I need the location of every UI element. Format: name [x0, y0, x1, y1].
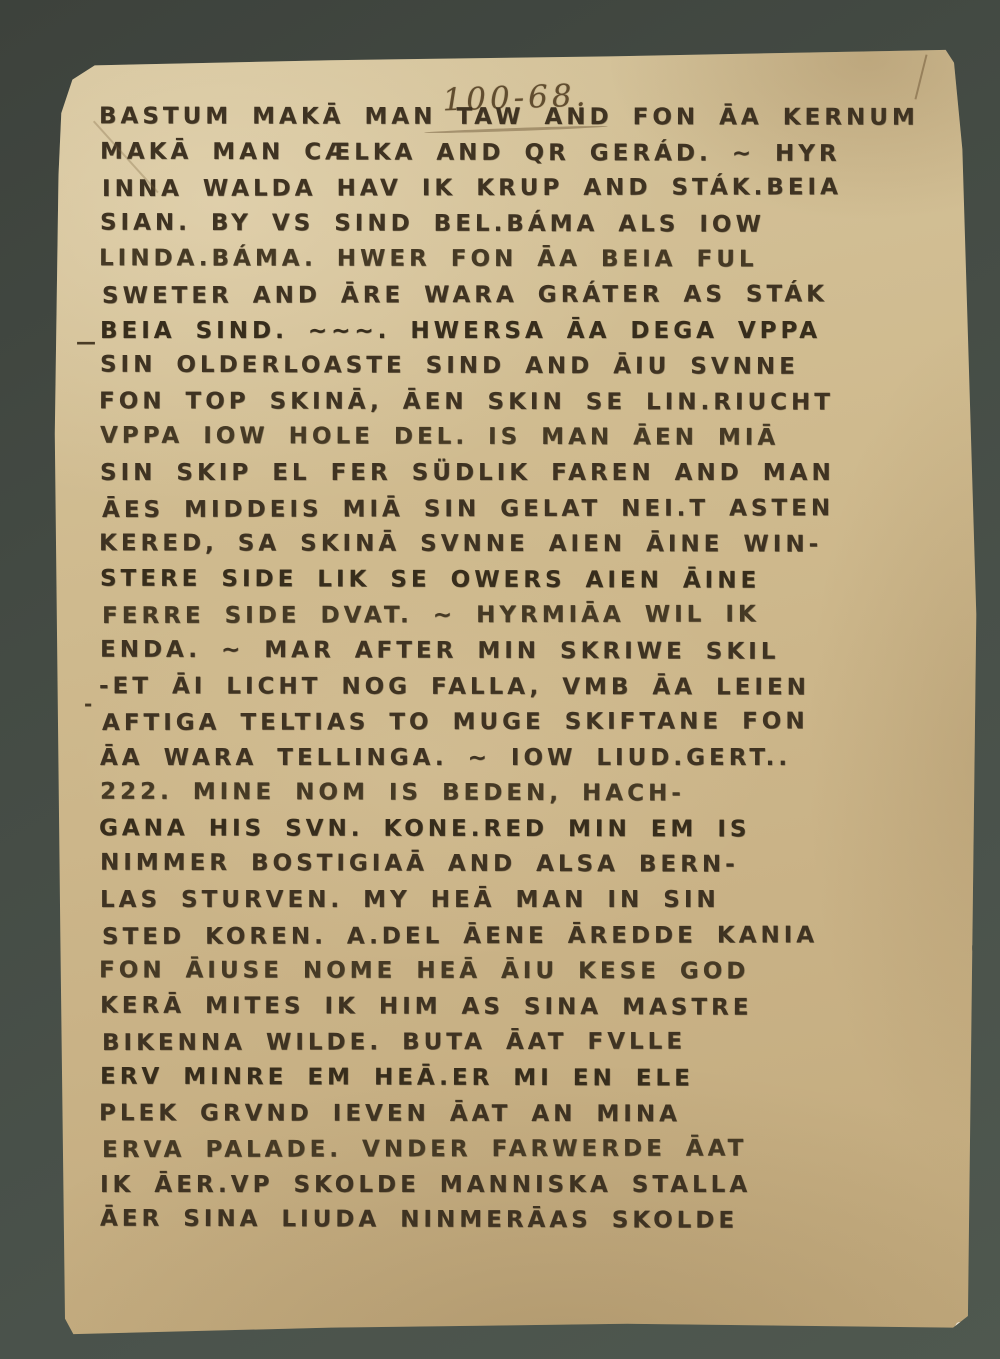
text-line: MAKĀ MAN CÆLKA AND QR GERÁD. ~ HYR [100, 134, 952, 172]
text-line: LAS STURVEN. MY HEĀ MAN IN SIN [100, 883, 952, 919]
paper-nick [973, 1051, 980, 1060]
margin-dash: - [84, 692, 92, 716]
text-line: -ET ĀI LICHT NOG FALLA, VMB ĀA LEIEN [99, 669, 951, 706]
text-line: BEIA SIND. ~~~. HWERSA ĀA DEGA VPPA [100, 314, 952, 350]
text-line: AFTIGA TELTIAS TO MUGE SKIFTANE FON [102, 704, 954, 742]
text-line: VPPA IOW HOLE DEL. IS MAN ĀEN MIĀ [100, 419, 952, 457]
text-line: KERED, SA SKINĀ SVNNE AIEN ĀINE WIN- [99, 526, 951, 563]
photo-background: 100-68. BASTUM MAKĀ MAN TAW AND FON ĀA K… [0, 0, 1000, 1359]
text-line: BIKENNA WILDE. BUTA ĀAT FVLLE [102, 1024, 954, 1062]
text-line: STERE SIDE LIK SE OWERS AIEN ĀINE [100, 561, 952, 599]
text-line: ERV MINRE EM HEĀ.ER MI EN ELE [100, 1060, 952, 1098]
text-line: INNA WALDA HAV IK KRUP AND STÁK.BEIA [102, 170, 954, 208]
text-line: FERRE SIDE DVAT. ~ HYRMIĀA WIL IK [102, 597, 954, 635]
paper-nick [955, 1322, 964, 1334]
text-line: BASTUM MAKĀ MAN TAW AND FON ĀA KERNUM [99, 99, 951, 136]
text-line: ERVA PALADE. VNDER FARWERDE ĀAT [102, 1131, 954, 1169]
text-line: SIAN. BY VS SIND BEL.BÁMA ALS IOW [100, 205, 952, 243]
text-line: SWETER AND ĀRE WARA GRÁTER AS STÁK [102, 277, 954, 315]
text-line: FON ĀIUSE NOME HEĀ ĀIU KESE GOD [99, 954, 951, 991]
text-line: NIMMER BOSTIGIAĀ AND ALSA BERN- [100, 846, 952, 884]
paper-nick [972, 943, 980, 953]
text-line: 222. MINE NOM IS BEDEN, HACH- [100, 775, 952, 813]
text-line: ĀER SINA LIUDA NINMERĀAS SKOLDE [100, 1202, 952, 1240]
text-line: ENDA. ~ MAR AFTER MIN SKRIWE SKIL [100, 633, 952, 671]
text-line: FON TOP SKINĀ, ĀEN SKIN SE LIN.RIUCHT [99, 384, 951, 421]
text-line: IK ĀER.VP SKOLDE MANNISKA STALLA [100, 1168, 952, 1204]
manuscript-page: 100-68. BASTUM MAKĀ MAN TAW AND FON ĀA K… [52, 46, 980, 1338]
text-line: LINDA.BÁMA. HWER FON ĀA BEIA FUL [99, 242, 951, 279]
text-line: STED KOREN. A.DEL ĀENE ĀREDDE KANIA [102, 918, 954, 956]
text-line: SIN OLDERLOASTE SIND AND ĀIU SVNNE [100, 348, 952, 386]
text-line: KERĀ MITES IK HIM AS SINA MASTRE [100, 989, 952, 1027]
text-line: SIN SKIP EL FER SÜDLIK FAREN AND MAN [100, 456, 952, 492]
text-line: PLEK GRVND IEVEN ĀAT AN MINA [99, 1096, 951, 1133]
margin-dash: — [76, 330, 96, 354]
manuscript-text: BASTUM MAKĀ MAN TAW AND FON ĀA KERNUMMAK… [100, 100, 952, 1239]
text-line: ĀA WARA TELLINGA. ~ IOW LIUD.GERT.. [100, 741, 952, 777]
text-line: ĀES MIDDEIS MIĀ SIN GELAT NEI.T ASTEN [102, 490, 954, 528]
text-line: GANA HIS SVN. KONE.RED MIN EM IS [99, 811, 951, 848]
